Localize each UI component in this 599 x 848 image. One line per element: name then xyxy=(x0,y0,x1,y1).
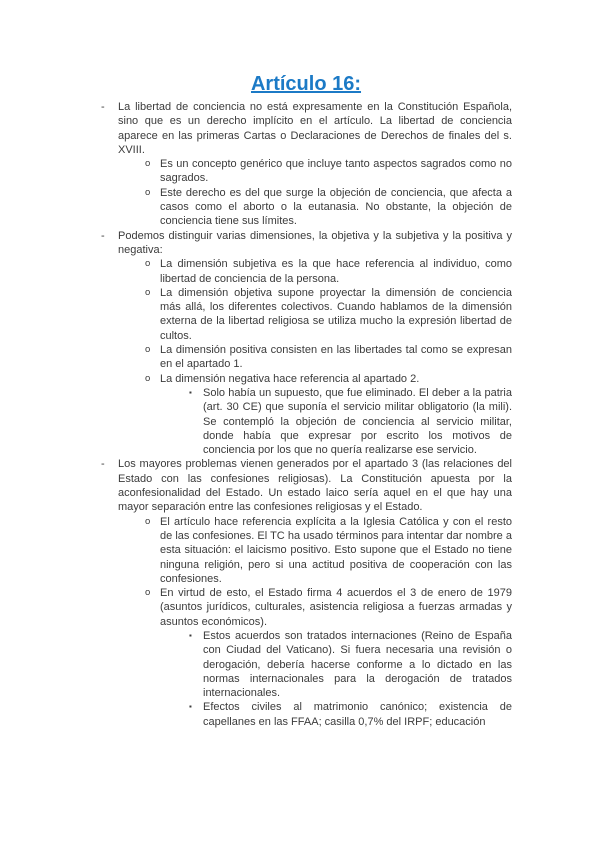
list-item-text: Es un concepto genérico que incluye tant… xyxy=(160,158,512,184)
list-item: o Este derecho es del que surge la objec… xyxy=(100,186,512,229)
list-item: o En virtud de esto, el Estado firma 4 a… xyxy=(100,586,512,629)
list-item: - Podemos distinguir varias dimensiones,… xyxy=(100,229,512,258)
list-item-text: Solo había un supuesto, que fue eliminad… xyxy=(203,387,512,456)
bullet-marker: o xyxy=(145,157,150,171)
list-item: o La dimensión objetiva supone proyectar… xyxy=(100,286,512,343)
bullet-marker: - xyxy=(101,229,105,243)
bullet-marker: - xyxy=(101,100,105,114)
bullet-marker: ▪ xyxy=(189,386,192,400)
list-item: o El artículo hace referencia explícita … xyxy=(100,515,512,586)
list-item: o La dimensión positiva consisten en las… xyxy=(100,343,512,372)
bullet-marker: ▪ xyxy=(189,629,192,643)
bullet-marker: o xyxy=(145,586,150,600)
list-item: - La libertad de conciencia no está expr… xyxy=(100,100,512,157)
list-item-text: La dimensión negativa hace referencia al… xyxy=(160,373,419,385)
list-item-text: La dimensión objetiva supone proyectar l… xyxy=(160,287,512,342)
bullet-marker: o xyxy=(145,186,150,200)
list-item: o Es un concepto genérico que incluye ta… xyxy=(100,157,512,186)
list-item-text: El artículo hace referencia explícita a … xyxy=(160,516,512,585)
list-item: - Los mayores problemas vienen generados… xyxy=(100,457,512,514)
list-item-text: Estos acuerdos son tratados internacione… xyxy=(203,630,512,699)
list-item: o La dimensión negativa hace referencia … xyxy=(100,372,512,386)
list-item: o La dimensión subjetiva es la que hace … xyxy=(100,257,512,286)
document-page: Artículo 16: - La libertad de conciencia… xyxy=(0,0,599,848)
list-item-text: Este derecho es del que surge la objeció… xyxy=(160,187,512,228)
bullet-marker: o xyxy=(145,286,150,300)
list-item-text: La libertad de conciencia no está expres… xyxy=(118,101,512,156)
bullet-marker: o xyxy=(145,515,150,529)
page-title: Artículo 16: xyxy=(100,71,512,97)
list-item: ▪ Estos acuerdos son tratados internacio… xyxy=(100,629,512,700)
list-item-text: En virtud de esto, el Estado firma 4 acu… xyxy=(160,587,512,628)
list-item-text: La dimensión subjetiva es la que hace re… xyxy=(160,258,512,284)
list-item: ▪ Efectos civiles al matrimonio canónico… xyxy=(100,700,512,729)
bullet-marker: - xyxy=(101,457,105,471)
list-item-text: La dimensión positiva consisten en las l… xyxy=(160,344,512,370)
list-item-text: Podemos distinguir varias dimensiones, l… xyxy=(118,230,512,256)
bullet-marker: o xyxy=(145,343,150,357)
document-body: - La libertad de conciencia no está expr… xyxy=(100,100,512,729)
bullet-marker: o xyxy=(145,257,150,271)
list-item-text: Efectos civiles al matrimonio canónico; … xyxy=(203,701,512,727)
bullet-marker: ▪ xyxy=(189,700,192,714)
list-item: ▪ Solo había un supuesto, que fue elimin… xyxy=(100,386,512,457)
bullet-marker: o xyxy=(145,372,150,386)
list-item-text: Los mayores problemas vienen generados p… xyxy=(118,458,512,513)
